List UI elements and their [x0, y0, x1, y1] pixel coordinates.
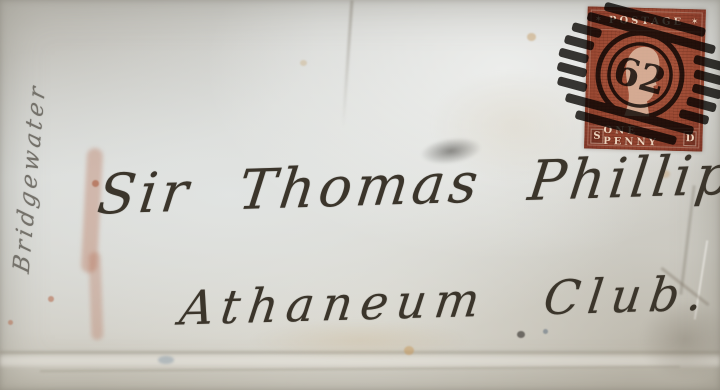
stain: [527, 33, 536, 41]
ink-speck: [543, 329, 548, 334]
stain: [88, 252, 103, 340]
pencil-annotation: Bridgewater: [2, 5, 57, 351]
crease: [0, 356, 720, 366]
stain: [92, 180, 99, 187]
crease: [40, 366, 680, 372]
stain: [300, 60, 307, 66]
stain: [404, 346, 414, 355]
crease: [0, 351, 720, 354]
crease: [342, 0, 354, 128]
envelope: Bridgewater Sir Thomas Phillips Athaneum…: [0, 0, 720, 390]
stain: [48, 296, 54, 302]
envelope-photo: Bridgewater Sir Thomas Phillips Athaneum…: [0, 0, 720, 390]
ink-speck: [158, 356, 174, 364]
postmark-cancellation: 62: [540, 0, 720, 170]
address-place-line: Athaneum Club.: [177, 266, 714, 336]
ink-speck: [517, 331, 525, 338]
